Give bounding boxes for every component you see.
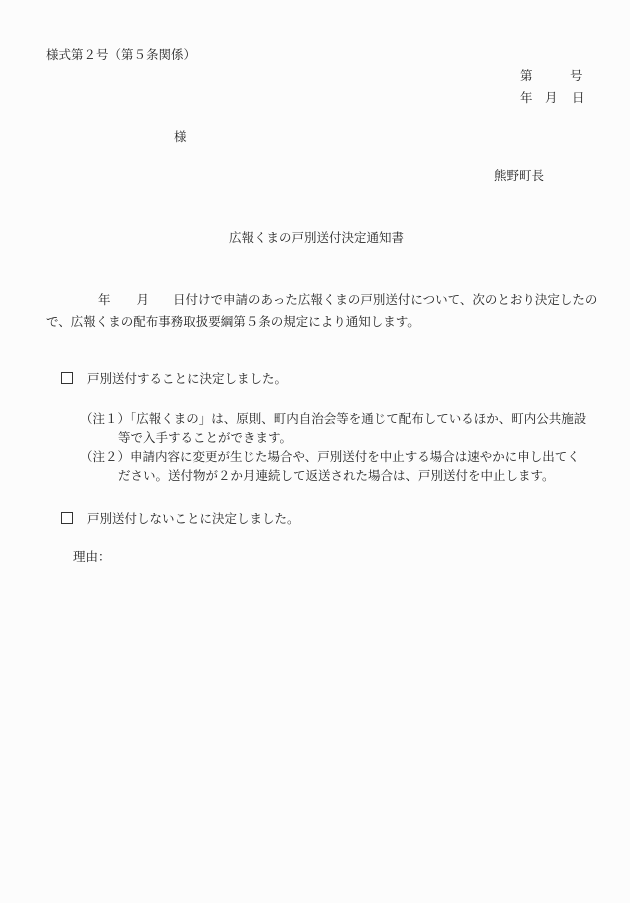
document-number-prefix: 第	[520, 68, 533, 84]
checkbox-send[interactable]	[61, 372, 73, 384]
note-2-marker: （注２）	[80, 449, 130, 464]
option-not-send-label: 戸別送付しないことに決定しました。	[87, 511, 300, 526]
issue-date-year: 年	[520, 90, 533, 106]
note-1-line-2: 等で入手することができます。	[80, 428, 590, 447]
option-send[interactable]: 戸別送付することに決定しました。	[61, 370, 287, 388]
checkbox-not-send[interactable]	[61, 512, 73, 524]
body-year: 年	[98, 292, 111, 307]
option-not-send[interactable]: 戸別送付しないことに決定しました。	[61, 510, 300, 528]
note-2: （注２）申請内容に変更が生じた場合や、戸別送付を中止する場合は速やかに申し出てく…	[80, 447, 590, 485]
document-number-suffix: 号	[570, 68, 583, 84]
body-line-1: 年月日付けで申請のあった広報くまの戸別送付について、次のとおり決定したの	[46, 289, 594, 311]
note-2-line-1: 申請内容に変更が生じた場合や、戸別送付を中止する場合は速やかに申し出てく	[130, 449, 580, 464]
document-title: 広報くまの戸別送付決定通知書	[229, 230, 404, 246]
body-month: 月	[137, 292, 150, 307]
addressee: 様	[174, 129, 187, 145]
form-number: 様式第２号（第５条関係）	[46, 47, 196, 63]
note-2-line-2: ださい。送付物が２か月連続して返送された場合は、戸別送付を中止します。	[80, 466, 590, 485]
body-paragraph: 年月日付けで申請のあった広報くまの戸別送付について、次のとおり決定したの で、広…	[46, 289, 594, 333]
note-1: （注１）「広報くまの」は、原則、町内自治会等を通じて配布しているほか、町内公共施…	[80, 409, 590, 447]
body-line-1-text: 日付けで申請のあった広報くまの戸別送付について、次のとおり決定したの	[173, 292, 597, 307]
reason-label: 理由：	[73, 549, 111, 565]
issue-date-day: 日	[572, 90, 585, 106]
note-1-marker: （注１）	[80, 411, 130, 426]
note-1-line-1: 「広報くまの」は、原則、町内自治会等を通じて配布しているほか、町内公共施設	[130, 411, 586, 426]
option-send-label: 戸別送付することに決定しました。	[87, 371, 287, 386]
body-line-2: で、広報くまの配布事務取扱要綱第５条の規定により通知します。	[46, 311, 594, 333]
issue-date-month: 月	[545, 90, 558, 106]
sender: 熊野町長	[494, 168, 544, 184]
